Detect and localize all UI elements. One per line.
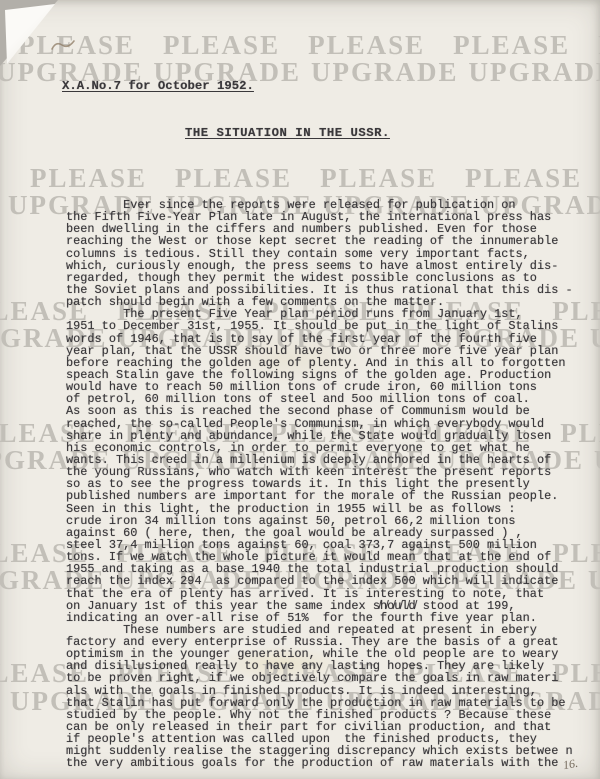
document-body: Ever since the reports were released for… (66, 199, 573, 770)
text-line: published numbers are important for the … (66, 490, 573, 502)
watermark-word: UPGRADE (311, 57, 459, 88)
text-line: As soon as this is reached the second ph… (66, 405, 573, 417)
pencil-mark (50, 37, 78, 53)
text-line: 1951 to December 31st, 1955. It should b… (66, 320, 573, 332)
text-line: share in plenty and abundance, while the… (66, 430, 573, 442)
text-line: that the era of plenty has arrived. It i… (66, 588, 573, 600)
reference-line: X.A.No.7 for October 1952. (62, 79, 254, 93)
text-line: Seen in this light, the production in 19… (66, 503, 573, 515)
handwritten-note: 16. (562, 756, 579, 773)
text-line: to be proven right, if we objectively co… (66, 672, 573, 684)
text-line: the very ambitious goals for the product… (66, 757, 573, 769)
text-line: words of 1946, that is to say of the fir… (66, 333, 573, 345)
watermark-word: UPGRADE (594, 445, 600, 476)
text-line: crude iron 34 million tons against 50, p… (66, 515, 573, 527)
text-line: reach the index 294 as compared to the i… (66, 575, 573, 587)
text-line: columns is tedious. Still they contain s… (66, 248, 573, 260)
text-line: on January 1st of this year the same ind… (66, 600, 573, 612)
watermark-word: UPGRADE (469, 57, 600, 88)
text-line: als with the goals in finished products.… (66, 685, 573, 697)
document-title: THE SITUATION IN THE USSR. (185, 126, 390, 140)
watermark-word: UPGRADE (590, 323, 600, 354)
text-line: year plan, that the USSR should have two… (66, 345, 573, 357)
text-line: reached, the so-called People's Communis… (66, 418, 573, 430)
text-line: reaching the West or those kept secret t… (66, 235, 573, 247)
watermark-word: UPGRADE (588, 565, 600, 596)
scanned-document-page: PLEASEPLEASEPLEASEPLEASEPLEASEPLEASEUPGR… (0, 0, 600, 779)
